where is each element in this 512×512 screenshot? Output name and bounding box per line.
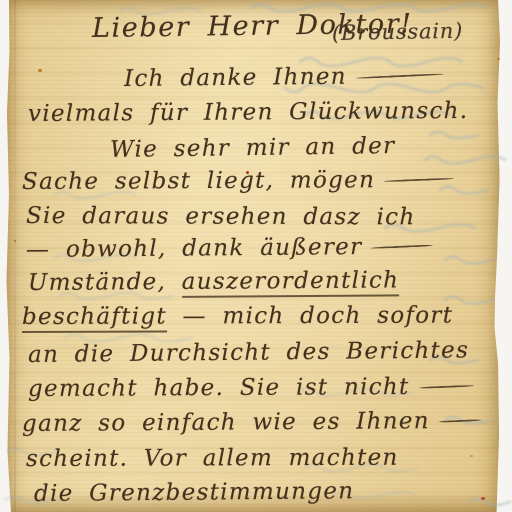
foxing-spot bbox=[497, 58, 500, 60]
letter-line: ganz so einfach wie es Ihnen bbox=[22, 406, 481, 439]
letter-text: Umstände, bbox=[28, 269, 182, 296]
letter-line: Sie daraus ersehen dasz ich bbox=[26, 201, 416, 232]
pen-flourish bbox=[419, 385, 474, 389]
letter-body: Lieber Herr Doktor! (Broussain) Ich dank… bbox=[0, 0, 512, 512]
letter-line: — obwohl, dank äußerer bbox=[26, 231, 434, 265]
letter-line: Sache selbst liegt, mögen bbox=[22, 165, 454, 197]
recipient-annotation-text: (Broussain) bbox=[332, 19, 464, 45]
foxing-spot bbox=[470, 455, 473, 457]
letter-text: ganz so einfach wie es Ihnen bbox=[22, 408, 430, 437]
pen-flourish bbox=[384, 178, 454, 183]
letter-line: gemacht habe. Sie ist nicht bbox=[28, 372, 474, 404]
pen-flourish bbox=[439, 419, 481, 423]
letter-text: Wie sehr mir an der bbox=[110, 133, 396, 163]
letter-text: auszerordentlich bbox=[182, 267, 400, 298]
scanned-letter-screenshot: { "colors": { "scanner_background": "#f6… bbox=[0, 0, 512, 512]
letter-text: scheint. Vor allem machten bbox=[26, 445, 399, 472]
pen-flourish bbox=[371, 244, 433, 249]
foxing-spot bbox=[38, 69, 42, 72]
letter-line: Wie sehr mir an der bbox=[110, 131, 396, 165]
letter-line: beschäftigt — mich doch sofort bbox=[22, 300, 453, 332]
letter-text: gemacht habe. Sie ist nicht bbox=[28, 374, 410, 402]
letter-text: die Grenzbestimmungen bbox=[34, 478, 355, 507]
letter-text: an die Durchsicht des Berichtes bbox=[28, 337, 469, 368]
letter-line: vielmals für Ihren Glückwunsch. bbox=[28, 96, 469, 129]
letter-line: an die Durchsicht des Berichtes bbox=[28, 335, 469, 370]
foxing-spot bbox=[481, 497, 485, 500]
letter-line: Ich danke Ihnen bbox=[124, 61, 444, 94]
letter-text: — mich doch sofort bbox=[167, 302, 453, 329]
foxing-spot bbox=[14, 240, 16, 242]
letter-text: Ich danke Ihnen bbox=[124, 64, 347, 92]
letter-text: Sache selbst liegt, mögen bbox=[22, 167, 375, 195]
letter-text: vielmals für Ihren Glückwunsch. bbox=[28, 98, 469, 127]
letter-line: die Grenzbestimmungen bbox=[34, 476, 355, 509]
pen-flourish bbox=[356, 73, 444, 79]
letter-text: beschäftigt bbox=[22, 303, 167, 333]
letter-text: Sie daraus ersehen dasz ich bbox=[26, 203, 416, 230]
letter-line: scheint. Vor allem machten bbox=[26, 443, 399, 474]
foxing-spot bbox=[246, 171, 249, 174]
letter-text: — obwohl, dank äußerer bbox=[26, 234, 363, 263]
letter-line: Umstände, auszerordentlich bbox=[28, 265, 399, 298]
recipient-annotation: (Broussain) bbox=[332, 16, 464, 48]
